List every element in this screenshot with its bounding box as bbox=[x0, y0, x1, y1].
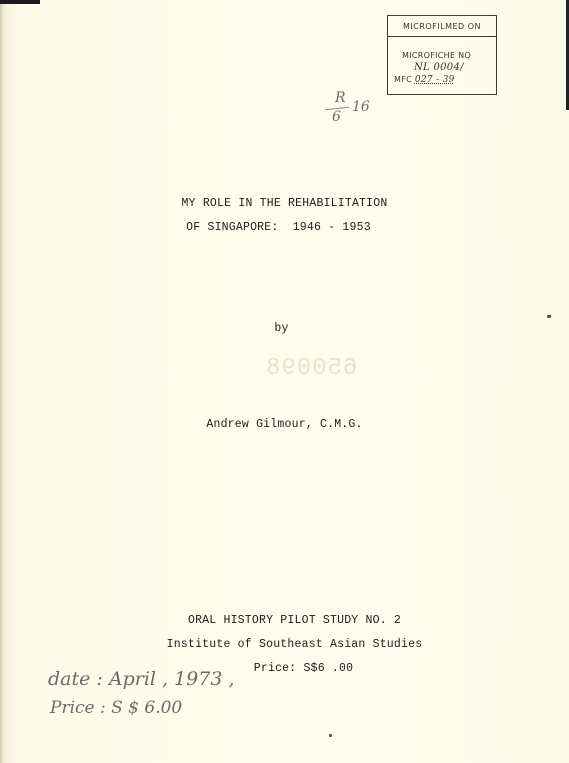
by-label: by bbox=[0, 322, 566, 335]
handwritten-date: date : April , 1973 , bbox=[48, 668, 235, 690]
scan-speck bbox=[329, 734, 332, 737]
author-name: Andrew Gilmour, C.M.G. bbox=[0, 418, 569, 431]
stamp-header: MICROFILMED ON bbox=[388, 16, 496, 37]
scan-border-top-left bbox=[0, 0, 40, 4]
bleed-through-number: 650098 bbox=[265, 355, 357, 382]
fraction-numerator: R bbox=[335, 90, 346, 106]
fraction-denominator: 6 bbox=[332, 109, 341, 125]
title-line-2: OF SINGAPORE: 1946 - 1953 bbox=[0, 221, 563, 234]
fraction-side-number: 16 bbox=[352, 99, 370, 115]
document-page: MICROFILMED ON MICROFICHE NO NL 0004/ MF… bbox=[0, 0, 569, 763]
stamp-mfc-prefix: MFC bbox=[394, 75, 412, 84]
page-left-edge bbox=[0, 0, 3, 763]
scan-speck bbox=[547, 315, 551, 318]
stamp-nl-number: NL 0004/ bbox=[414, 62, 464, 73]
handwritten-price: Price : S $ 6.00 bbox=[50, 698, 182, 718]
handwritten-fraction-annotation: R 6 16 bbox=[325, 92, 365, 132]
title-line-1: MY ROLE IN THE REHABILITATION bbox=[0, 197, 569, 210]
stamp-mfc-value: 027 - 39 bbox=[415, 75, 455, 85]
stamp-microfiche-label: MICROFICHE NO bbox=[402, 51, 471, 60]
microfilm-stamp: MICROFILMED ON MICROFICHE NO NL 0004/ MF… bbox=[387, 15, 497, 95]
publisher-institute: Institute of Southeast Asian Studies bbox=[10, 638, 569, 651]
stamp-mfc-line: MFC 027 - 39 bbox=[394, 75, 455, 85]
series-title: ORAL HISTORY PILOT STUDY NO. 2 bbox=[10, 614, 569, 627]
